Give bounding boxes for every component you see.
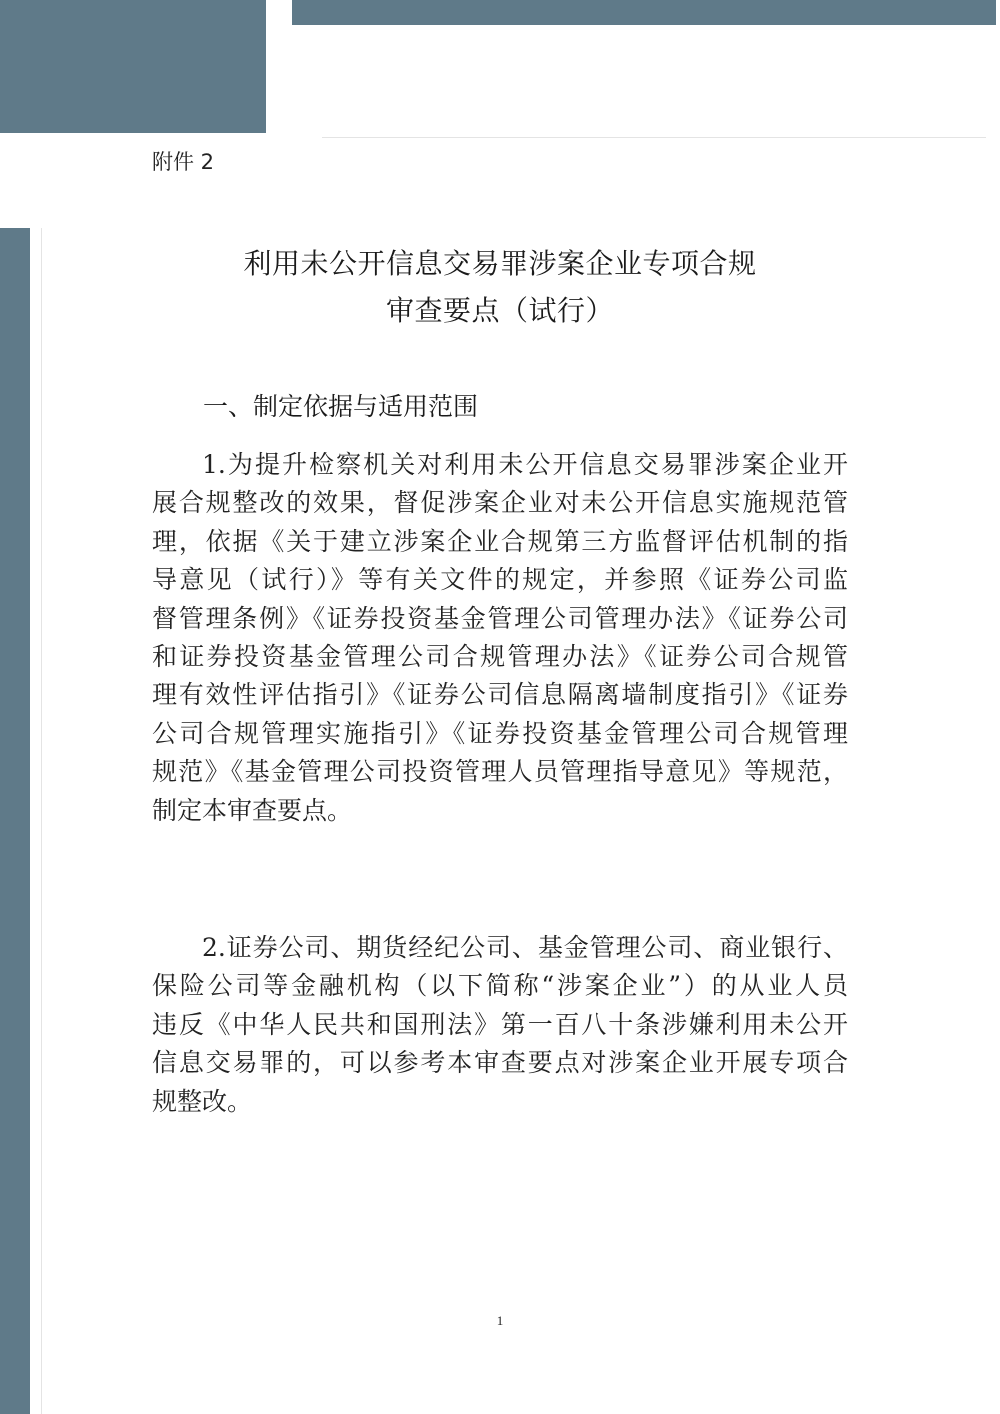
margin-divider: [41, 228, 42, 1414]
section-heading: 一、制定依据与适用范围: [203, 390, 478, 424]
page-number: 1: [0, 1313, 1000, 1329]
paragraph-line: 违反《中华人民共和国刑法》第一百八十条涉嫌利用未公开: [152, 1006, 848, 1044]
paragraph-line: 规范》《基金管理公司投资管理人员管理指导意见》等规范，: [152, 753, 848, 791]
decorative-bar-top: [292, 0, 996, 25]
paragraph-line: 2.证券公司、期货经纪公司、基金管理公司、商业银行、: [152, 929, 848, 967]
paragraph-line: 理有效性评估指引》《证券公司信息隔离墙制度指引》《证券: [152, 676, 848, 714]
document-title-line-2: 审查要点（试行）: [0, 293, 1000, 329]
paragraph-2: 2.证券公司、期货经纪公司、基金管理公司、商业银行、 保险公司等金融机构（以下简…: [152, 929, 848, 1121]
paragraph-1: 1.为提升检察机关对利用未公开信息交易罪涉案企业开 展合规整改的效果，督促涉案企…: [152, 446, 848, 830]
paragraph-line: 制定本审查要点。: [152, 792, 848, 830]
header-divider: [322, 137, 986, 138]
attachment-label: 附件 2: [152, 148, 214, 176]
paragraph-line: 和证券投资基金管理公司合规管理办法》《证券公司合规管: [152, 638, 848, 676]
paragraph-line: 信息交易罪的，可以参考本审查要点对涉案企业开展专项合: [152, 1044, 848, 1082]
paragraph-line: 展合规整改的效果，督促涉案企业对未公开信息实施规范管: [152, 484, 848, 522]
decorative-bar-left: [0, 228, 30, 1414]
paragraph-line: 理，依据《关于建立涉案企业合规第三方监督评估机制的指: [152, 523, 848, 561]
paragraph-line: 保险公司等金融机构（以下简称“涉案企业”）的从业人员: [152, 967, 848, 1005]
document-title-line-1: 利用未公开信息交易罪涉案企业专项合规: [0, 246, 1000, 282]
paragraph-line: 督管理条例》《证券投资基金管理公司管理办法》《证券公司: [152, 600, 848, 638]
paragraph-line: 1.为提升检察机关对利用未公开信息交易罪涉案企业开: [152, 446, 848, 484]
paragraph-line: 公司合规管理实施指引》《证券投资基金管理公司合规管理: [152, 715, 848, 753]
paragraph-line: 规整改。: [152, 1083, 848, 1121]
decorative-block-top-left: [0, 0, 266, 133]
paragraph-line: 导意见（试行）》等有关文件的规定，并参照《证券公司监: [152, 561, 848, 599]
